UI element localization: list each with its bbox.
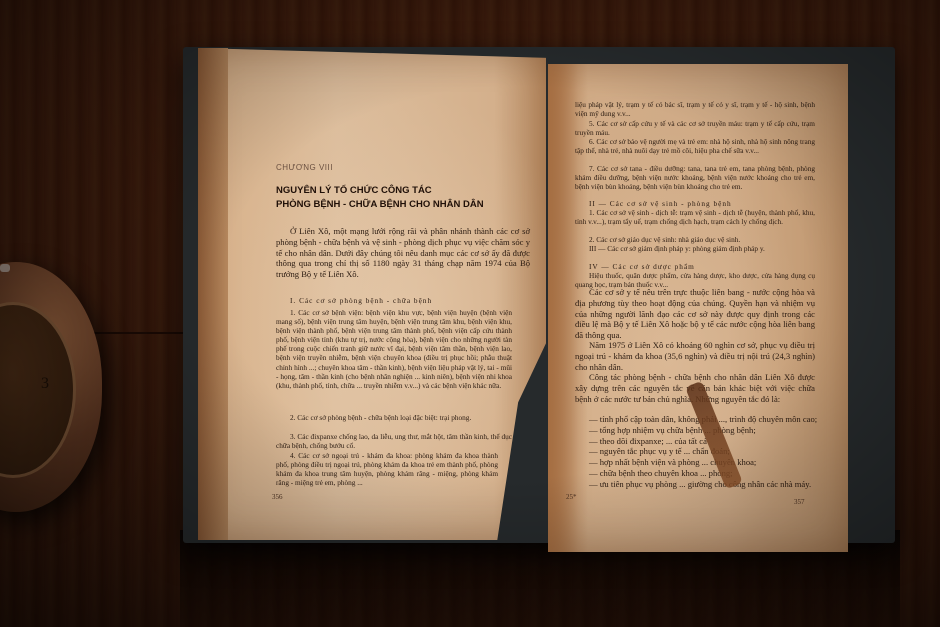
signature-mark: 25* xyxy=(566,493,577,501)
chapter-heading: NGUYÊN LÝ TỔ CHỨC CÔNG TÁC PHÒNG BỆNH - … xyxy=(276,184,526,212)
item-4: 4. Các cơ sở ngoại trú - khám đa khoa: p… xyxy=(276,451,498,487)
item-1: 1. Các cơ sở bệnh viện: bệnh viện khu vự… xyxy=(276,308,512,390)
page-number-left: 356 xyxy=(272,493,283,501)
right-p1: liệu pháp vật lý, trạm y tế có bác sĩ, t… xyxy=(575,100,815,118)
heading-line-2: PHÒNG BỆNH - CHỮA BỆNH CHO NHÂN DÂN xyxy=(276,198,526,212)
section-2-item-1: 1. Các cơ sở vệ sinh - dịch tễ: trạm vệ … xyxy=(575,208,815,226)
clock-knob xyxy=(0,264,10,272)
right-p6: 6. Các cơ sở bảo vệ người mẹ và trẻ em: … xyxy=(575,137,815,155)
section-4-title: IV — Các cơ sở dược phẩm xyxy=(575,262,829,271)
section-3-title: III — Các cơ sở giám định pháp y: phòng … xyxy=(575,244,815,253)
principle-item: — ưu tiên phục vụ phòng ... giường cho c… xyxy=(589,479,829,490)
right-p7: 7. Các cơ sở tana - điều dưỡng: tana, ta… xyxy=(575,164,815,191)
principle-item: — hợp nhất bệnh viện và phòng ... chuyên… xyxy=(589,457,829,468)
right-para-a: Các cơ sở y tế nêu trên trực thuộc liên … xyxy=(575,287,815,341)
left-page-edge xyxy=(198,48,228,540)
clock-numeral: 3 xyxy=(41,375,49,393)
item-3: 3. Các đixpanxe chống lao, da liễu, ung … xyxy=(276,432,512,450)
right-para-b: Năm 1975 ở Liên Xô có khoảng 60 nghìn cơ… xyxy=(575,340,815,372)
intro-paragraph: Ở Liên Xô, một mạng lưới rộng rãi và phâ… xyxy=(276,226,530,280)
principle-item: — chữa bệnh theo chuyên khoa ... phòng; xyxy=(589,468,829,479)
heading-line-1: NGUYÊN LÝ TỔ CHỨC CÔNG TÁC xyxy=(276,184,526,198)
clock-face: 3 xyxy=(0,302,76,478)
section-2-item-2: 2. Các cơ sở giáo dục vệ sinh: nhà giáo … xyxy=(575,235,815,244)
page-number-right: 357 xyxy=(794,498,805,506)
item-2: 2. Các cơ sở phòng bệnh - chữa bệnh loại… xyxy=(276,413,512,422)
section-2-title: II — Các cơ sở vệ sinh - phòng bệnh xyxy=(575,199,829,208)
right-p5: 5. Các cơ sở cấp cứu y tế và các cơ sở t… xyxy=(575,119,815,137)
section-title: I. Các cơ sở phòng bệnh - chữa bệnh xyxy=(276,296,544,305)
chapter-label: CHƯƠNG VIII xyxy=(276,163,333,172)
